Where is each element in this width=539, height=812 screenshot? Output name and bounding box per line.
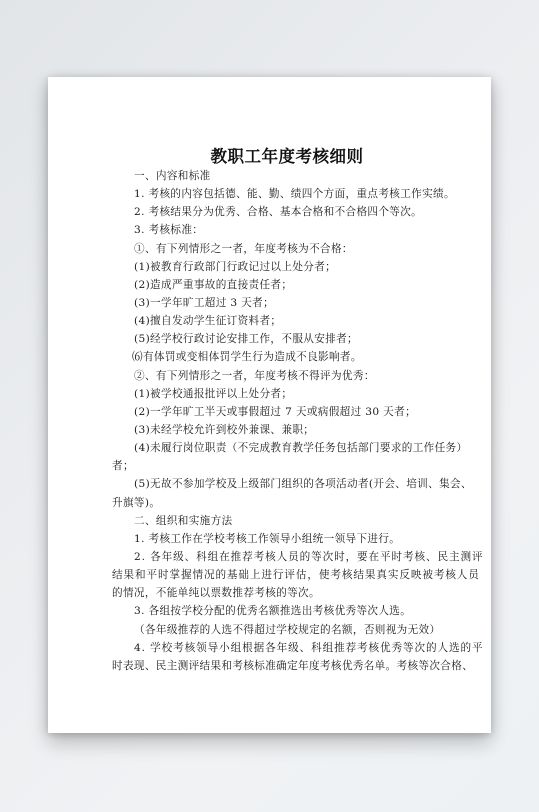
paragraph-line: 4. 学校考核领导小组根据各年级、科组推荐考核优秀等次的人选的平 [112,639,444,657]
paragraph-continuation: 的情况，不能单纯以票数推荐考核的等次。 [112,584,444,602]
list-item: (1)被教育行政部门行政记过以上处分者； [112,258,444,276]
list-item: (5)经学校行政讨论安排工作，不服从安排者； [112,330,444,348]
paragraph-line: （各年级推荐的人选不得超过学校规定的名额，否则视为无效） [112,621,444,639]
list-item-continuation: 者； [112,457,444,475]
document-page: 教职工年度考核细则 一、内容和标准 1. 考核的内容包括德、能、勤、绩四个方面，… [48,77,491,733]
section-heading-organization: 二、组织和实施方法 [112,512,444,530]
list-item: (2)一学年旷工半天或事假超过 7 天或病假超过 30 天者； [112,403,444,421]
list-item: (1)被学校通报批评以上处分者； [112,385,444,403]
paragraph-continuation: 结果和平时掌握情况的基础上进行评估，使考核结果真实反映被考核人员 [112,566,444,584]
list-item: (4)未履行岗位职责（不完成教育教学任务包括部门要求的工作任务） [112,439,444,457]
paragraph-line: ①、有下列情形之一者，年度考核为不合格： [112,240,444,258]
paragraph-line: ②、有下列情形之一者，年度考核不得评为优秀： [112,367,444,385]
list-item: ⑹有体罚或变相体罚学生行为造成不良影响者。 [112,348,444,366]
list-item: (2)造成严重事故的直接责任者； [112,276,444,294]
list-item: (5)无故不参加学校及上级部门组织的各项活动者(开会、培训、集会、 [112,475,444,493]
list-item-continuation: 升旗等)。 [112,494,444,512]
list-item: (3)一学年旷工超过 3 天者； [112,294,444,312]
paragraph-line: 1. 考核工作在学校考核工作领导小组统一领导下进行。 [112,530,444,548]
section-heading-content-standards: 一、内容和标准 [112,167,444,185]
list-item: (4)擅自发动学生征订资料者； [112,312,444,330]
paragraph-line: 3. 各组按学校分配的优秀名额推选出考核优秀等次人选。 [112,602,444,620]
document-title: 教职工年度考核细则 [48,143,526,167]
paragraph-line: 1. 考核的内容包括德、能、勤、绩四个方面，重点考核工作实绩。 [112,185,444,203]
document-body: 一、内容和标准 1. 考核的内容包括德、能、勤、绩四个方面，重点考核工作实绩。 … [112,167,444,675]
paragraph-line: 2. 考核结果分为优秀、合格、基本合格和不合格四个等次。 [112,203,444,221]
paragraph-line: 2. 各年级、科组在推荐考核人员的等次时，要在平时考核、民主测评 [112,548,444,566]
paragraph-line: 3. 考核标准： [112,221,444,239]
paragraph-continuation: 时表现、民主测评结果和考核标准确定年度考核优秀名单。考核等次合格、 [112,657,444,675]
list-item: (3)未经学校允许到校外兼课、兼职； [112,421,444,439]
